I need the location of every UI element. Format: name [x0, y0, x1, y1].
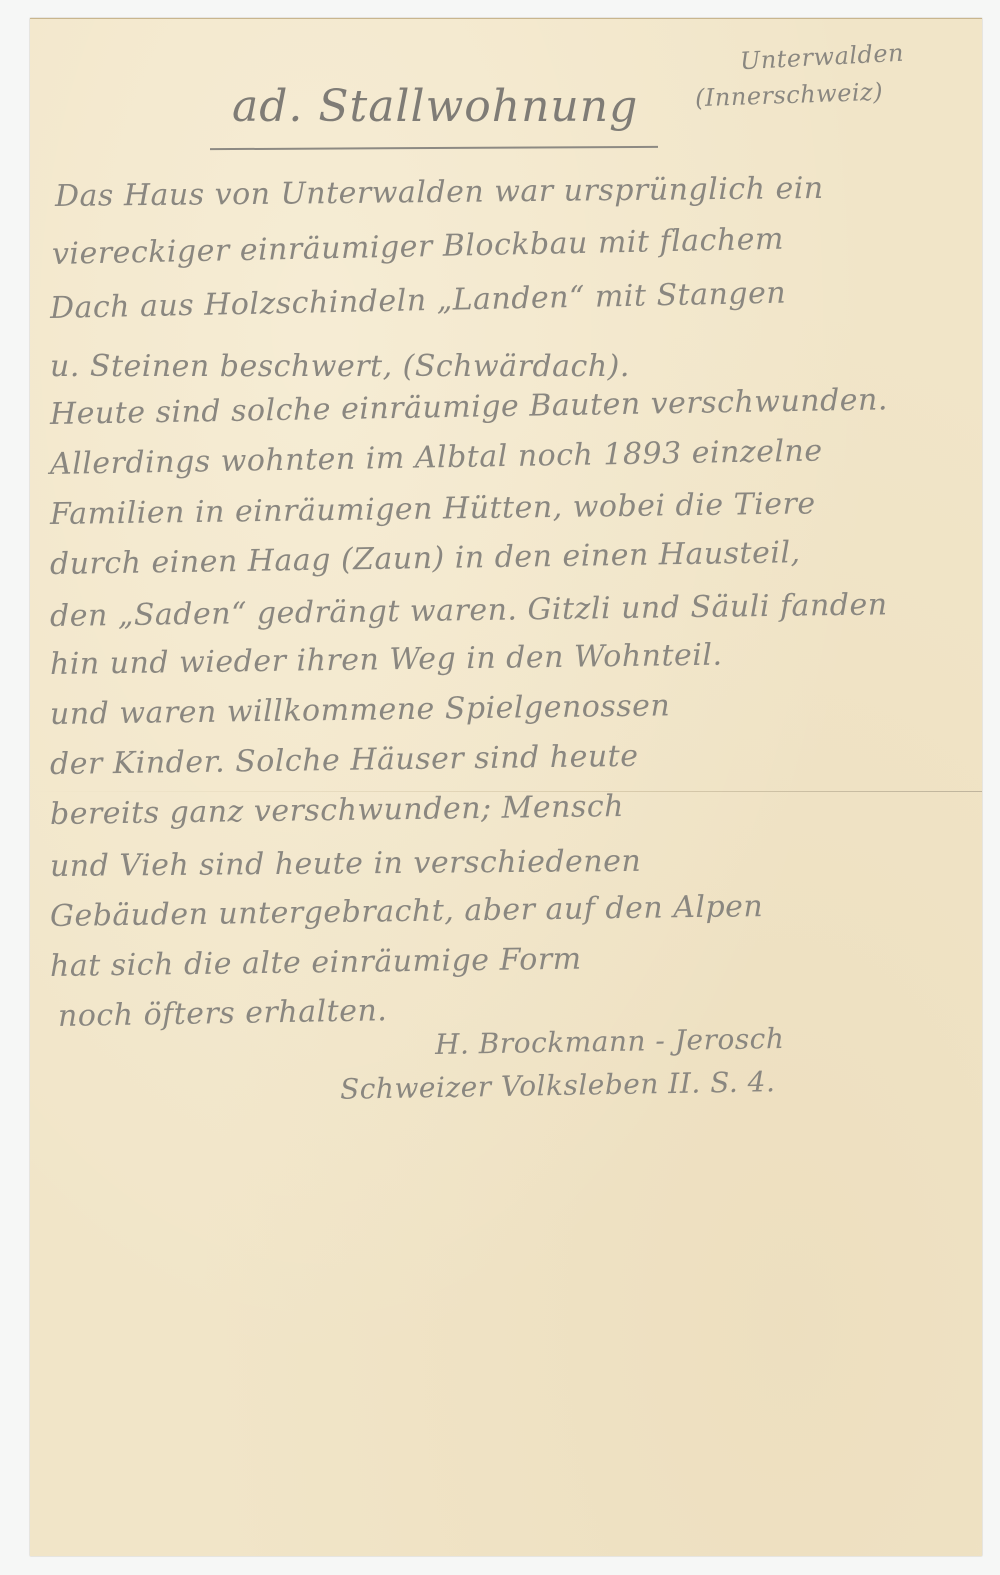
body-line-6: Allerdings wohnten im Albtal noch 1893 e… [50, 434, 823, 482]
body-line-9: den „Saden“ gedrängt waren. Gitzli und S… [50, 587, 888, 634]
body-line-3-text: Dach aus Holzschindeln „Landen“ mit Stan… [50, 276, 787, 326]
body-line-17: noch öfters erhalten. [58, 993, 388, 1034]
region-sublabel: (Innerschweiz) [695, 78, 884, 113]
author-signature: H. Brockmann - Jerosch [435, 1022, 785, 1061]
body-line-13: bereits ganz verschwunden; Mensch [50, 789, 624, 832]
body-line-7: Familien in einräumigen Hütten, wobei di… [50, 486, 816, 532]
body-line-8: durch einen Haag (Zaun) in den einen Hau… [50, 535, 801, 582]
title-underline [210, 146, 658, 150]
body-line-12: der Kinder. Solche Häuser sind heute [50, 739, 639, 782]
body-line-2: viereckiger einräumiger Blockbau mit fla… [52, 222, 785, 272]
body-line-1: Das Haus von Unterwalden war ursprünglic… [55, 171, 824, 214]
body-line-14: und Vieh sind heute in verschiedenen [50, 844, 642, 884]
region-label: Unterwalden [739, 39, 904, 76]
body-line-15: Gebäuden untergebracht, aber auf den Alp… [50, 889, 764, 934]
body-line-4: u. Steinen beschwert, (Schwärdach). [50, 349, 630, 384]
source-citation: Schweizer Volksleben II. S. 4. [340, 1065, 776, 1106]
body-line-3: Dach aus Holzschindeln „Landen“ mit Stan… [50, 276, 787, 326]
manuscript-page: ad. Stallwohnung Unterwalden (Innerschwe… [30, 18, 982, 1556]
body-line-5: Heute sind solche einräumige Bauten vers… [50, 382, 888, 432]
body-line-10: hin und wieder ihren Weg in den Wohnteil… [50, 638, 723, 682]
body-line-11: und waren willkommene Spielgenossen [50, 688, 671, 732]
document-title: ad. Stallwohnung [232, 81, 638, 132]
body-line-16: hat sich die alte einräumige Form [50, 942, 582, 984]
